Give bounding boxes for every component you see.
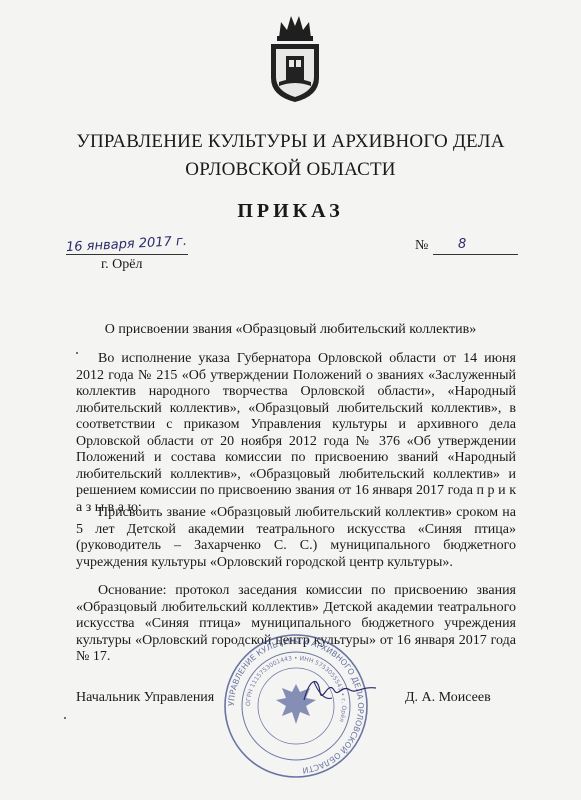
- signatory-role: Начальник Управления: [76, 690, 214, 706]
- number-underline: [433, 254, 518, 255]
- city-label: г. Орёл: [101, 257, 142, 273]
- organization-name-line1: УПРАВЛЕНИЕ КУЛЬТУРЫ И АРХИВНОГО ДЕЛА: [0, 131, 581, 153]
- handwritten-signature-icon: [300, 670, 380, 710]
- organization-name-line2: ОРЛОВСКОЙ ОБЛАСТИ: [0, 159, 581, 181]
- date-underline: [66, 254, 188, 255]
- handwritten-date: 16 января 2017 г.: [66, 234, 188, 255]
- document-page: УПРАВЛЕНИЕ КУЛЬТУРЫ И АРХИВНОГО ДЕЛА ОРЛ…: [0, 0, 581, 800]
- number-label: №: [415, 238, 428, 254]
- body-paragraph-order: Присвоить звание «Образцовый любительски…: [76, 505, 516, 571]
- coat-of-arms-icon: [265, 8, 325, 104]
- handwritten-number: 8: [458, 237, 466, 252]
- signatory-name: Д. А. Моисеев: [405, 690, 491, 706]
- order-subject: О присвоении звания «Образцовый любитель…: [0, 322, 581, 338]
- body-paragraph-preamble: Во исполнение указа Губернатора Орловско…: [76, 351, 516, 516]
- document-type-title: ПРИКАЗ: [0, 200, 581, 223]
- speck: [64, 717, 66, 719]
